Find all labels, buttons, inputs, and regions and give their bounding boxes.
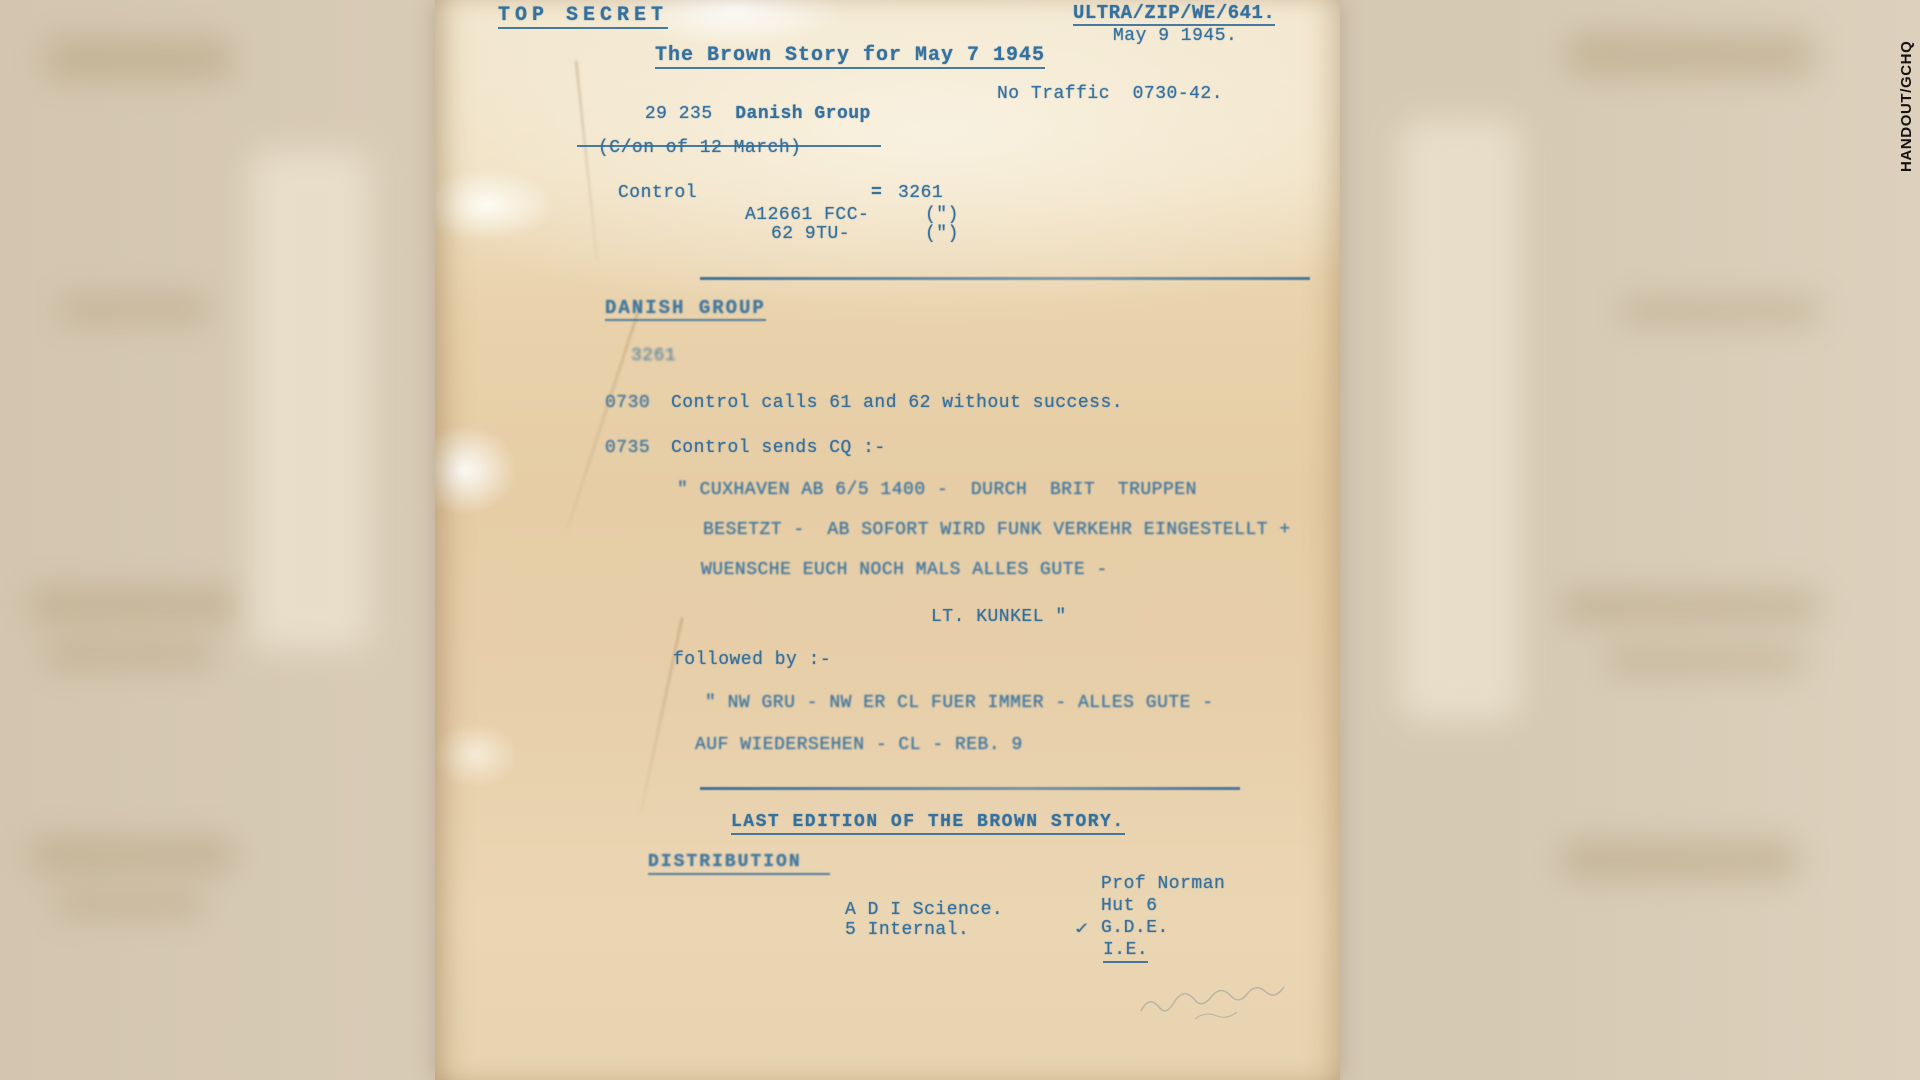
blur-band-right-5 <box>1560 840 1800 880</box>
paper-crease-1 <box>566 300 643 529</box>
distribution-right-item-2: Hut 6 <box>1101 896 1158 916</box>
qtu-row-label: 62 9TU- <box>771 224 850 244</box>
control-label: Control <box>618 183 697 203</box>
net-name: Danish Group <box>735 104 871 124</box>
net-id: 29 235 <box>645 104 713 124</box>
classification-stamp: TOP SECRET <box>498 6 668 29</box>
frequency-smudge: 3261 <box>631 346 676 366</box>
message1-line2: BESETZT - AB SOFORT WIRD FUNK VERKEHR EI… <box>703 520 1291 540</box>
last-edition-heading: LAST EDITION OF THE BROWN STORY. <box>731 812 1125 835</box>
pencil-scribble <box>1135 985 1315 1025</box>
photo-credit: HANDOUT/GCHQ <box>1898 41 1915 172</box>
blur-band-left-4 <box>45 642 215 668</box>
log-entry-time-2: 0735 <box>605 438 650 458</box>
page-background: HANDOUT/GCHQ TOP SECRET ULTRA/ZIP/WE/641… <box>0 0 1920 1080</box>
divider-rule-bottom <box>700 787 1240 790</box>
distribution-left-item-1: A D I Science. <box>845 900 1003 920</box>
blur-band-right-light <box>1400 120 1520 720</box>
document-paper: TOP SECRET ULTRA/ZIP/WE/641. May 9 1945.… <box>435 0 1340 1080</box>
log-entry-text-2: Control sends CQ :- <box>671 438 886 458</box>
reference-number: ULTRA/ZIP/WE/641. <box>1073 3 1275 26</box>
blur-band-right-2 <box>1620 298 1820 324</box>
paper-crease-2 <box>639 617 684 813</box>
distribution-right-item-3: G.D.E. <box>1101 918 1169 938</box>
message1-line1: " CUXHAVEN AB 6/5 1400 - DURCH BRIT TRUP… <box>677 480 1197 500</box>
log-entry-text-1: Control calls 61 and 62 without success. <box>671 393 1123 413</box>
message2-line1: " NW GRU - NW ER CL FUER IMMER - ALLES G… <box>705 693 1214 713</box>
callsign-note: (C/on of 12 March) <box>598 138 801 158</box>
equals-sign: = <box>871 183 882 203</box>
distribution-heading: DISTRIBUTION <box>648 852 830 875</box>
fcc-row-label: A12661 FCC- <box>745 205 869 225</box>
control-frequency: 3261 <box>898 183 943 203</box>
distribution-right-item-1: Prof Norman <box>1101 874 1225 894</box>
followed-by-note: followed by :- <box>673 650 831 670</box>
distribution-right-item-4: I.E. <box>1103 940 1148 963</box>
fcc-row-value: (") <box>925 205 959 225</box>
section-heading: DANISH GROUP <box>605 298 766 321</box>
message2-line2: AUF WIEDERSEHEN - CL - REB. 9 <box>695 735 1023 755</box>
blur-band-right-4 <box>1605 648 1805 674</box>
blur-band-right-1 <box>1565 32 1815 78</box>
message1-signature: LT. KUNKEL " <box>931 607 1067 627</box>
document-title: The Brown Story for May 7 1945 <box>655 46 1045 69</box>
message1-line3: WUENSCHE EUCH NOCH MALS ALLES GUTE - <box>701 560 1108 580</box>
net-gap <box>713 104 736 124</box>
blur-band-left-5 <box>28 838 238 872</box>
traffic-status: No Traffic 0730-42. <box>997 84 1223 104</box>
blur-band-left-6 <box>55 892 205 916</box>
distribution-left-item-2: 5 Internal. <box>845 920 969 940</box>
log-entry-time-1: 0730 <box>605 393 650 413</box>
blur-band-left-3 <box>30 588 240 622</box>
divider-rule-top <box>700 277 1310 280</box>
blur-band-left-light <box>250 150 370 650</box>
blur-band-left-2 <box>60 296 210 322</box>
checkmark-icon: ✓ <box>1074 917 1090 938</box>
blur-band-right-3 <box>1560 590 1820 624</box>
blur-band-left-1 <box>45 38 235 80</box>
qtu-row-value: (") <box>925 224 959 244</box>
document-date: May 9 1945. <box>1113 26 1237 46</box>
